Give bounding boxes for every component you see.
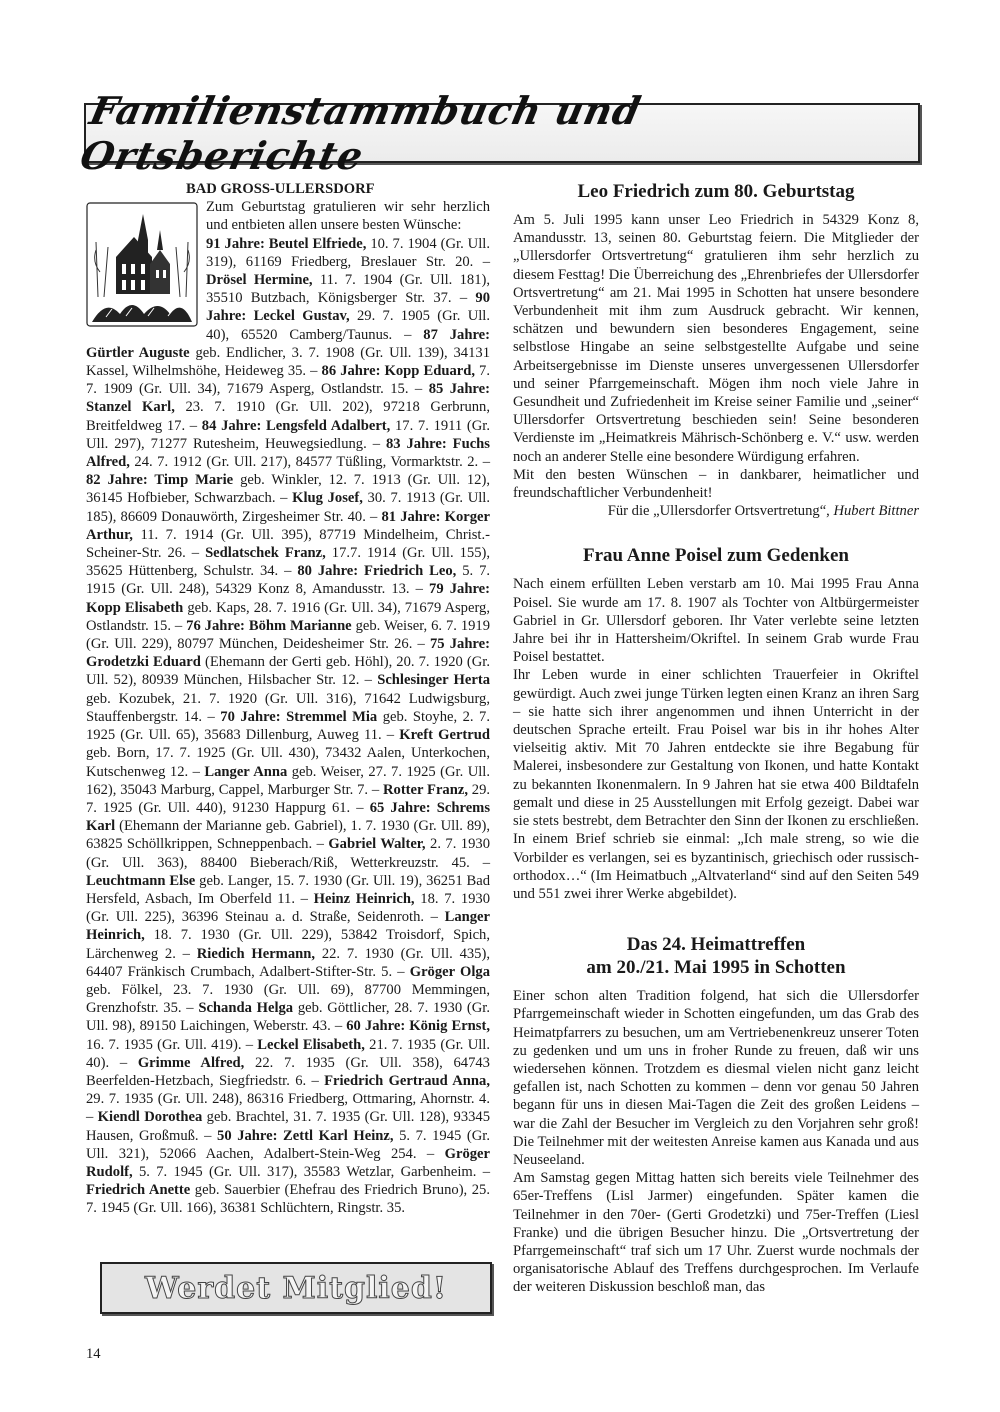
section-banner: Familienstammbuch und Ortsberichte [84,103,920,163]
birthday-entry-name: 76 Jahre: Böhm Marianne [186,618,352,634]
birthday-entry-name: Kreft Gertrud [399,727,490,743]
birthday-entry-name: Gabriel Walter, [328,836,425,852]
birthday-entry-name: Heinz Heinrich, [314,891,415,907]
birthday-entry-name: Klug Josef, [292,490,363,506]
birthday-entry-name: Schanda Helga [198,1000,293,1016]
birthday-entry-details: 16. 7. 1935 (Gr. Ull. 419). – [86,1037,257,1053]
article-title: Frau Anne Poisel zum Gedenken [513,544,919,567]
article-paragraph: Nach einem erfüllten Leben verstarb am 1… [513,575,919,666]
article-title: Das 24. Heimattreffen am 20./21. Mai 199… [513,933,919,979]
birthday-entry-name: 70 Jahre: Stremmel Mia [220,709,377,725]
article-paragraph: Ihr Leben wurde in einer schlichten Trau… [513,666,919,903]
section-title: Familienstammbuch und Ortsberichte [76,88,927,178]
article-title-line2: am 20./21. Mai 1995 in Schotten [513,956,919,979]
birthday-entry-name: Rotter Franz, [383,782,468,798]
birthday-entry-name: Schlesinger Herta [377,672,490,688]
birthday-entry-name: 50 Jahre: Zettl Karl Heinz, [217,1128,393,1144]
article-paragraph: Mit den besten Wünschen – in dankbarer, … [513,466,919,502]
birthday-entry-details: 5. 7. 1945 (Gr. Ull. 317), 35583 Wetzlar… [133,1164,490,1180]
birthday-entry-name: 86 Jahre: Kopp Eduard, [322,363,475,379]
birthday-entry-name: 80 Jahre: Friedrich Leo, [297,563,456,579]
left-column: BAD GROSS-ULLERSDORF Zum Geburtstag grat… [86,180,490,1218]
birthday-entry-name: Friedrich Gertraud Anna, [324,1073,490,1089]
signature-name: Hubert Bittner [833,503,919,519]
article-signature: Für die „Ullersdorfer Ortsvertretung“, H… [513,502,919,520]
birthday-entry-name: Drösel Hermine, [206,272,313,288]
article-paragraph: Am Samstag gegen Mittag hatten sich bere… [513,1169,919,1296]
birthday-entry-name: 82 Jahre: Timp Marie [86,472,233,488]
birthday-entry-name: Kiendl Dorothea [98,1109,203,1125]
signature-prefix: Für die „Ullersdorfer Ortsvertretung“, [608,503,834,519]
birthday-list: 91 Jahre: Beutel Elfriede, 10. 7. 1904 (… [86,235,490,1218]
article-title: Leo Friedrich zum 80. Geburtstag [513,180,919,203]
right-column: Leo Friedrich zum 80. Geburtstag Am 5. J… [513,180,919,1297]
birthday-entry-name: Langer Anna [204,764,287,780]
location-title: BAD GROSS-ULLERSDORF [186,180,490,198]
birthday-entry-name: 60 Jahre: König Ernst, [346,1018,490,1034]
church-emblem-icon [86,202,198,327]
birthday-entry-name: Sedlatschek Franz, [205,545,326,561]
join-banner: Werdet Mitglied! [100,1262,492,1314]
article-paragraph: Einer schon alten Tradition folgend, hat… [513,987,919,1169]
birthday-entry-name: 84 Jahre: Lengsfeld Adalbert, [202,418,391,434]
article-paragraph: Am 5. Juli 1995 kann unser Leo Friedrich… [513,211,919,466]
article-title-line1: Das 24. Heimattreffen [513,933,919,956]
birthday-entry-name: Gröger Olga [410,964,490,980]
birthday-entry-name: Friedrich Anette [86,1182,190,1198]
birthday-entry-details: 24. 7. 1912 (Gr. Ull. 217), 84577 Tüßlin… [130,454,490,470]
article-heimattreffen: Das 24. Heimattreffen am 20./21. Mai 199… [513,933,919,1296]
article-leo-friedrich: Leo Friedrich zum 80. Geburtstag Am 5. J… [513,180,919,520]
join-banner-text: Werdet Mitglied! [145,1271,447,1306]
birthday-entry-name: Leckel Elisabeth, [257,1037,365,1053]
article-anne-poisel: Frau Anne Poisel zum Gedenken Nach einem… [513,544,919,903]
birthday-entry-name: Riedich Hermann, [197,946,315,962]
birthday-entry-name: Grimme Alfred, [138,1055,245,1071]
birthday-entry-name: 91 Jahre: Beutel Elfriede, [206,236,366,252]
birthday-entry-name: Leuchtmann Else [86,873,195,889]
page-number: 14 [86,1346,101,1363]
